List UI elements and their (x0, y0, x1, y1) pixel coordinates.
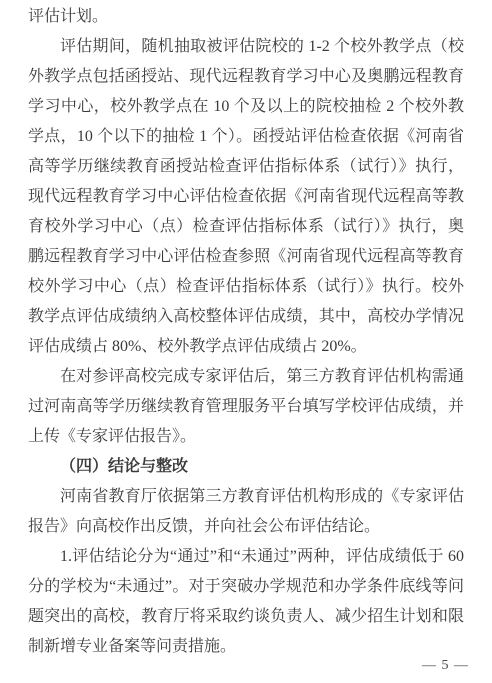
document-body: 评估计划。 评估期间，随机抽取被评估院校的 1-2 个校外教学点（校外教学点包括… (28, 2, 464, 662)
paragraph-continuation: 评估计划。 (28, 2, 464, 32)
paragraph-feedback-publication: 河南省教育厅依据第三方教育评估机构形成的《专家评估报告》向高校作出反馈，并向社会… (28, 482, 464, 542)
paragraph-conclusion-criteria: 1.评估结论分为“通过”和“未通过”两种，评估成绩低于 60 分的学校为“未通过… (28, 542, 464, 662)
document-page: 评估计划。 评估期间，随机抽取被评估院校的 1-2 个校外教学点（校外教学点包括… (0, 0, 492, 683)
paragraph-expert-evaluation-upload: 在对参评高校完成专家评估后，第三方教育评估机构需通过河南高等学历继续教育管理服务… (28, 362, 464, 452)
page-number: — 5 — (422, 658, 469, 674)
paragraph-evaluation-sampling: 评估期间，随机抽取被评估院校的 1-2 个校外教学点（校外教学点包括函授站、现代… (28, 32, 464, 362)
section-heading-conclusion-rectification: （四）结论与整改 (28, 452, 464, 482)
